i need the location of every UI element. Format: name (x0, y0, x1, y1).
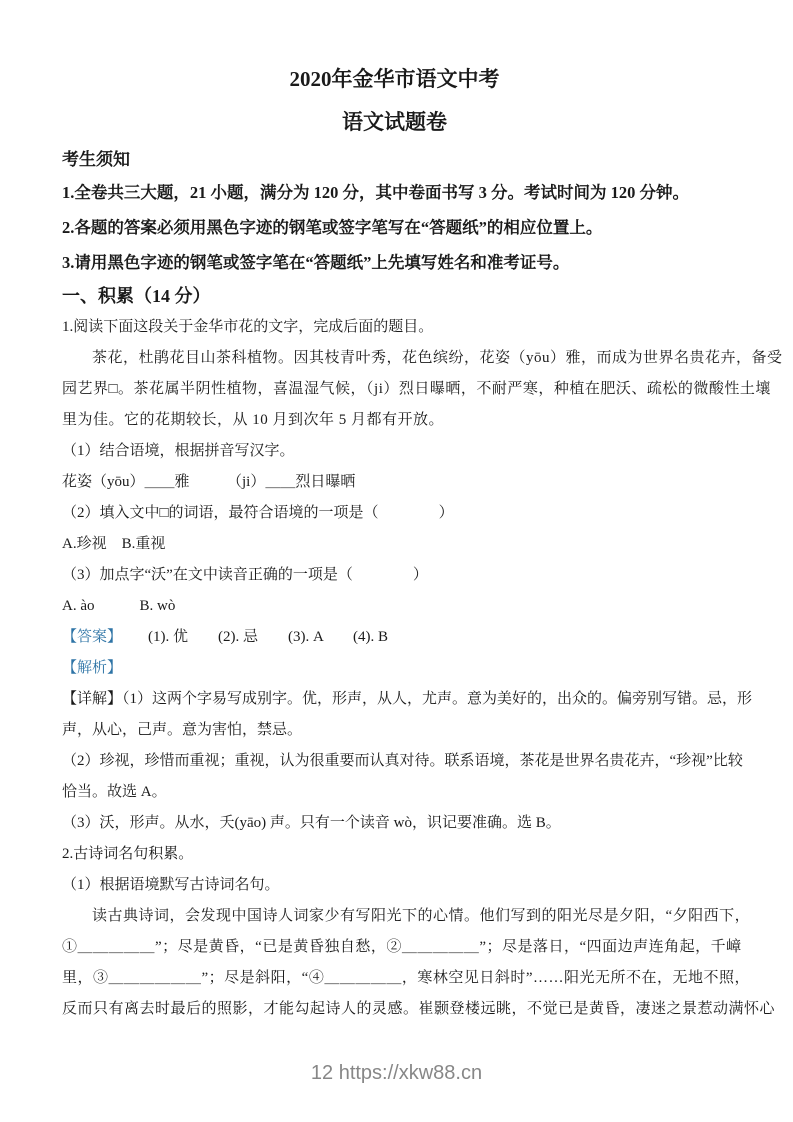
passage-line-1: 茶花，杜鹃花目山茶科植物。因其枝青叶秀，花色缤纷，花姿（yōu）雅，而成为世界名… (62, 343, 727, 374)
exam-paper-page: 2020年金华市语文中考 语文试题卷 考生须知 1.全卷共三大题，21 小题，满… (0, 0, 793, 1122)
answer-content: (1). 优 (2). 忌 (3). A (4). B (148, 629, 388, 645)
poem-context-line-4: 反而只有离去时最后的照影，才能勾起诗人的灵感。崔颢登楼远眺，不觉已是黄昏，凄迷之… (62, 994, 727, 1025)
detail-explanation-line-1: 【详解】（1）这两个字易写成别字。优，形声，从人，尤声。意为美好的，出众的。偏旁… (62, 684, 727, 715)
detail-explanation3-line-1: （3）沃，形声。从水，夭(yāo) 声。只有一个读音 wò，识记要准确。选 B。 (62, 808, 727, 839)
question1-sub1: （1）结合语境，根据拼音写汉字。 (62, 436, 727, 467)
notice-heading: 考生须知 (62, 144, 727, 175)
paper-subtitle: 语文试题卷 (62, 101, 727, 144)
detail-explanation-line-2: 声，从心，己声。意为害怕，禁忌。 (62, 715, 727, 746)
passage-line-3: 里为佳。它的花期较长，从 10 月到次年 5 月都有开放。 (62, 405, 727, 436)
question1-sub1-blanks: 花姿（yōu）＿＿雅 （ji）＿＿烈日曝晒 (62, 467, 727, 498)
detail-explanation2-line-2: 恰当。故选 A。 (62, 777, 727, 808)
notice-item-1: 1.全卷共三大题，21 小题，满分为 120 分，其中卷面书写 3 分。考试时间… (62, 175, 727, 210)
page-footer-url: 12 https://xkw88.cn (0, 1062, 793, 1085)
question1-sub3: （3）加点字“沃”在文中读音正确的一项是（ ） (62, 560, 727, 591)
notice-item-2: 2.各题的答案必须用黑色字迹的钢笔或签字笔写在“答题纸”的相应位置上。 (62, 210, 727, 245)
answer-line: 【答案】(1). 优 (2). 忌 (3). A (4). B (62, 622, 727, 653)
notice-item-3: 3.请用黑色字迹的钢笔或签字笔在“答题纸”上先填写姓名和准考证号。 (62, 245, 727, 280)
poem-context-line-1: 读古典诗词，会发现中国诗人词家少有写阳光下的心情。他们写到的阳光尽是夕阳，“夕阳… (62, 901, 727, 932)
analysis-label: 【解析】 (62, 653, 727, 684)
detail-explanation2-line-1: （2）珍视，珍惜而重视；重视，认为很重要而认真对待。联系语境，茶花是世界名贵花卉… (62, 746, 727, 777)
question1-intro: 1.阅读下面这段关于金华市花的文字，完成后面的题目。 (62, 312, 727, 343)
passage-line-2: 园艺界□。茶花属半阴性植物，喜温湿气候，（ji）烈日曝晒，不耐严寒，种植在肥沃、… (62, 374, 727, 405)
question1-sub3-options: A. ào B. wò (62, 591, 727, 622)
exam-title: 2020年金华市语文中考 (62, 58, 727, 101)
question2-sub1: （1）根据语境默写古诗词名句。 (62, 870, 727, 901)
question1-sub2: （2）填入文中□的词语，最符合语境的一项是（ ） (62, 498, 727, 529)
question1-sub2-options: A.珍视 B.重视 (62, 529, 727, 560)
poem-context-line-2: ①＿＿＿＿＿”；尽是黄昏，“已是黄昏独自愁，②＿＿＿＿＿”；尽是落日，“四面边声… (62, 932, 727, 963)
question2-intro: 2.古诗词名句积累。 (62, 839, 727, 870)
section-heading-accumulation: 一、积累（14 分） (62, 280, 727, 312)
poem-context-line-3: 里，③＿＿＿＿＿＿”；尽是斜阳，“④＿＿＿＿＿，寒林空见日斜时”……阳光无所不在… (62, 963, 727, 994)
answer-label: 【答案】 (62, 629, 122, 645)
